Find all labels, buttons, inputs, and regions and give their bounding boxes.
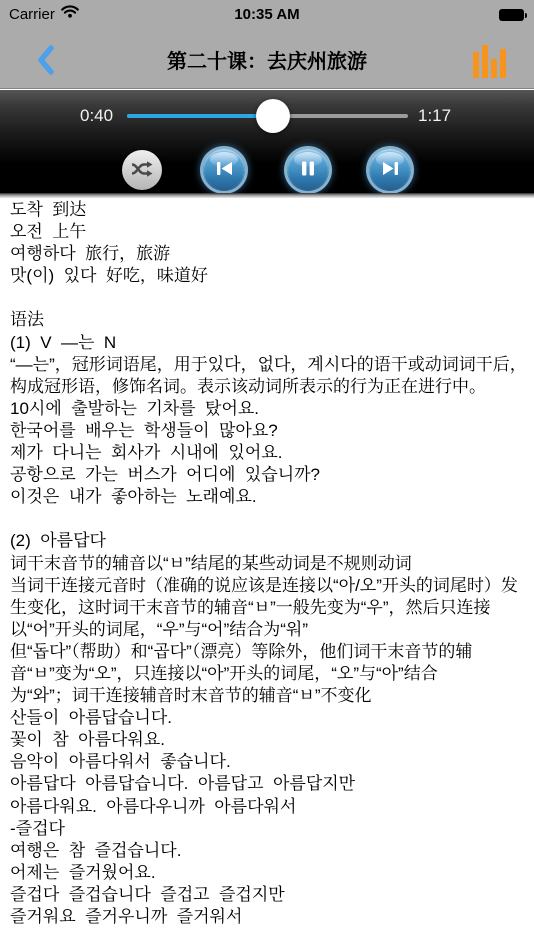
content-line [10, 508, 528, 530]
previous-button[interactable] [203, 149, 245, 191]
status-bar: Carrier 10:35 AM [0, 0, 534, 30]
content-line: 오전 上午 [10, 221, 528, 243]
content-line: 한국어를 배우는 학생들이 많아요? [10, 420, 528, 442]
content-line: 여행하다 旅行，旅游 [10, 243, 528, 265]
skip-next-icon [382, 161, 399, 179]
content-line: 生变化，这时词干末音节的辅音“ㅂ”一般先变为“우”，然后只连接 [10, 597, 528, 619]
content-line: 꽃이 참 아름다워요. [10, 729, 528, 751]
status-time: 10:35 AM [0, 6, 534, 23]
content-line: “—는”，冠形词语尾，用于있다，없다，계시다的语干或动词词干后， [10, 354, 528, 376]
nav-bar: 第二十课：去庆州旅游 [0, 30, 534, 89]
chevron-left-icon [37, 45, 54, 78]
content-line: 但“돕다”（帮助）和“곱다”（漂亮）等除外，他们词干末音节的辅 [10, 641, 528, 663]
content-line: 즐겁다 즐겁습니다 즐겁고 즐겁지만 [10, 884, 528, 906]
content-line: 词干末音节的辅音以“ㅂ”结尾的某些动词是不规则动词 [10, 553, 528, 575]
content-line: 이것은 내가 좋아하는 노래예요. [10, 486, 528, 508]
battery-icon [499, 9, 524, 21]
shuffle-button[interactable] [122, 150, 162, 190]
status-bar-right [499, 9, 524, 21]
pause-icon [301, 161, 315, 179]
content-line: 构成冠形语，修饰名词。表示该动词所表示的行为正在进行中。 [10, 376, 528, 398]
content-line: 当词干连接元音时（准确的说应该是连接以“아/오”开头的词尾时）发 [10, 575, 528, 597]
app-screen: Carrier 10:35 AM [0, 0, 534, 950]
content-line: 语法 [10, 309, 528, 331]
content-line: (1) V —는 N [10, 332, 528, 354]
player-controls [0, 90, 534, 193]
lesson-text: 도착 到达오전 上午여행하다 旅行，旅游맛(이) 있다 好吃，味道好 语法(1)… [0, 198, 534, 950]
skip-previous-icon [216, 161, 233, 179]
content-line: -즐겁다 [10, 818, 528, 840]
content-line: 여행은 참 즐겁습니다. [10, 840, 528, 862]
content-line: 10시에 출발하는 기차를 탔어요. [10, 398, 528, 420]
content-line: 도착 到达 [10, 199, 528, 221]
shuffle-icon [130, 160, 154, 181]
content-line [10, 287, 528, 309]
audio-player: 0:40 1:17 [0, 90, 534, 193]
header: Carrier 10:35 AM [0, 0, 534, 89]
pause-button[interactable] [287, 149, 329, 191]
content-line: 음악이 아름다워서 좋습니다. [10, 751, 528, 773]
page-title: 第二十课：去庆州旅游 [60, 45, 474, 74]
stats-button[interactable] [470, 42, 508, 80]
content-line: (2) 아름답다 [10, 530, 528, 552]
content-line: 아름답다 아름답습니다. 아름답고 아름답지만 [10, 773, 528, 795]
content-line: 以“어”开头的词尾，“우”与“어”结合为“워” [10, 619, 528, 641]
back-button[interactable] [28, 44, 62, 78]
content-line: 즐거워요 즐거우니까 즐거워서 [10, 906, 528, 928]
content-line: 산들이 아름답습니다. [10, 707, 528, 729]
content-line: 为“와”；词干连接辅音时末音节的辅音“ㅂ”不变化 [10, 685, 528, 707]
next-button[interactable] [369, 149, 411, 191]
content-line: 제가 다니는 회사가 시내에 있어요. [10, 442, 528, 464]
content-line: 아름다워요. 아름다우니까 아름다워서 [10, 796, 528, 818]
content-line: 공항으로 가는 버스가 어디에 있습니까? [10, 464, 528, 486]
content-line: 音“ㅂ”变为“오”，只连接以“아”开头的词尾，“오”与“아”结合 [10, 663, 528, 685]
content-line: 맛(이) 있다 好吃，味道好 [10, 265, 528, 287]
content-line: 어제는 즐거웠어요. [10, 862, 528, 884]
